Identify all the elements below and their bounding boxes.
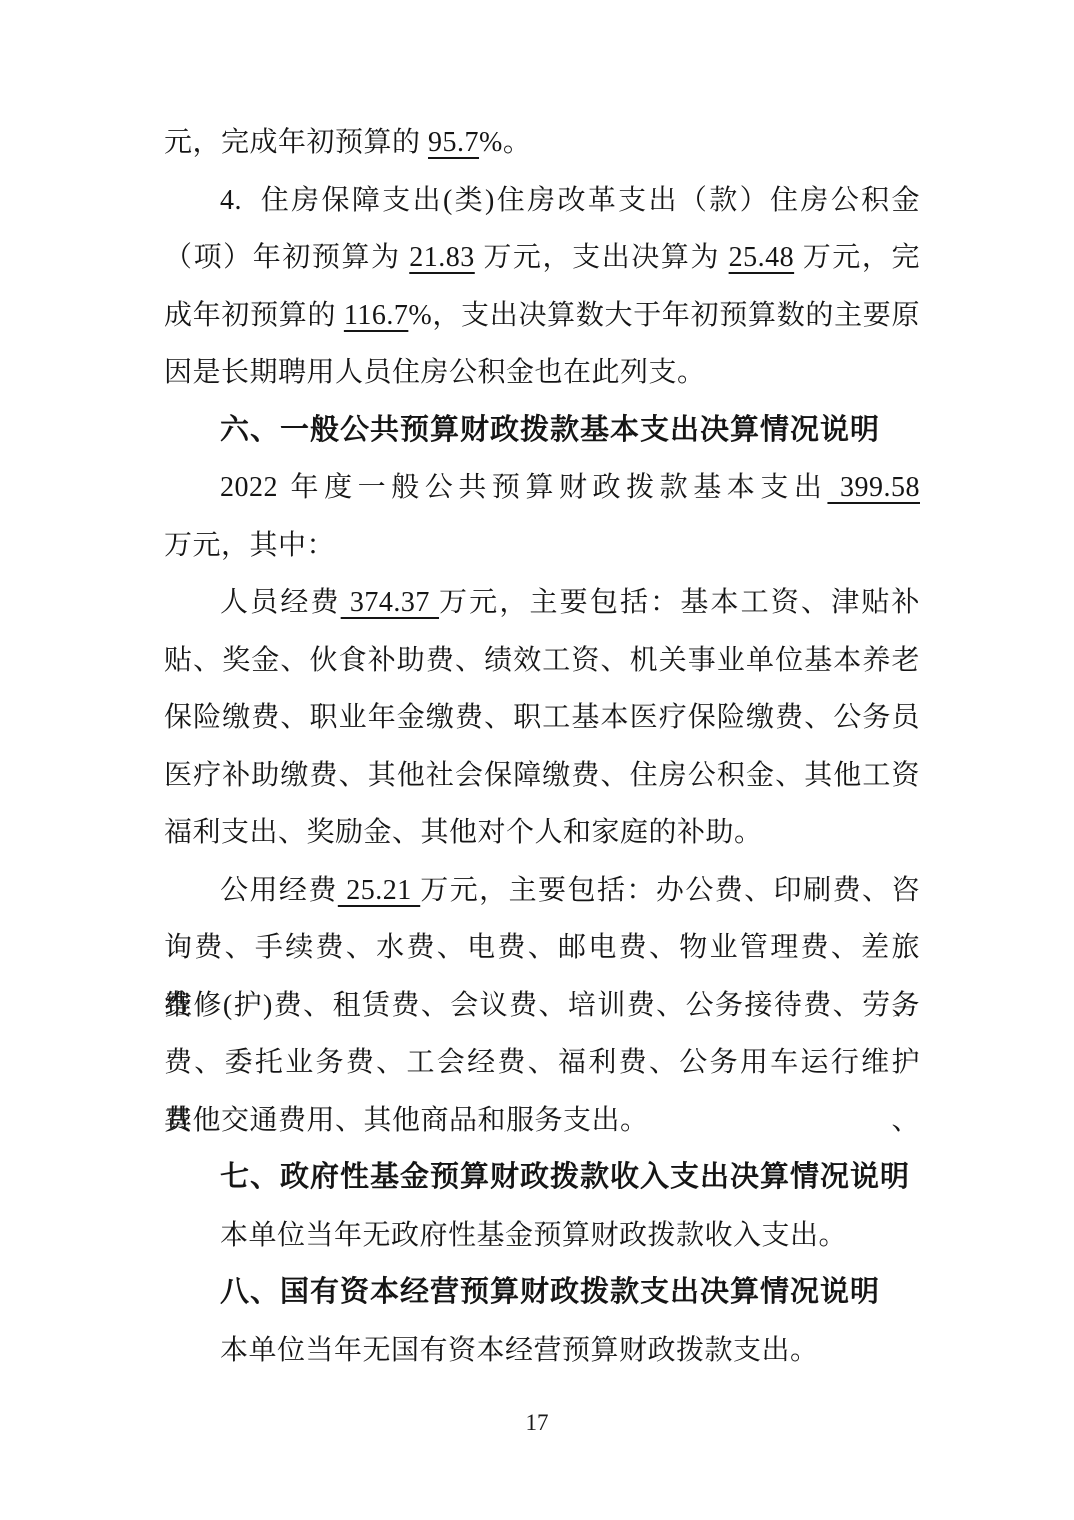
text-segment: 元，完成年初预算的 bbox=[164, 127, 428, 158]
text-line: 公用经费 25.21 万元，主要包括：办公费、印刷费、咨 bbox=[164, 862, 920, 920]
text-line: 元，完成年初预算的 95.7%。 bbox=[164, 114, 920, 172]
text-segment: 福利支出、奖励金、其他对个人和家庭的补助。 bbox=[164, 817, 763, 848]
text-line: 福利支出、奖励金、其他对个人和家庭的补助。 bbox=[164, 804, 920, 862]
text-segment: 保险缴费、职业年金缴费、职工基本医疗保险缴费、公务员 bbox=[164, 702, 920, 733]
text-segment: 万元，主要包括：基本工资、津贴补 bbox=[439, 587, 920, 618]
text-line: 人员经费 374.37 万元，主要包括：基本工资、津贴补 bbox=[164, 574, 920, 632]
underlined-value: 374.37 bbox=[341, 587, 439, 618]
text-line: 医疗补助缴费、其他社会保障缴费、住房公积金、其他工资 bbox=[164, 747, 920, 805]
underlined-value: 25.21 bbox=[338, 875, 420, 906]
section-heading: 七、政府性基金预算财政拨款收入支出决算情况说明 bbox=[164, 1149, 920, 1207]
text-line: 万元，其中： bbox=[164, 517, 920, 575]
page-number: 17 bbox=[0, 1408, 1074, 1438]
text-segment: 维修(护)费、租赁费、会议费、培训费、公务接待费、劳务 bbox=[164, 990, 920, 1021]
underlined-value: 21.83 bbox=[409, 242, 475, 273]
text-line: 维修(护)费、租赁费、会议费、培训费、公务接待费、劳务 bbox=[164, 977, 920, 1035]
text-segment: 万元，主要包括：办公费、印刷费、咨 bbox=[420, 875, 920, 906]
text-line: 保险缴费、职业年金缴费、职工基本医疗保险缴费、公务员 bbox=[164, 689, 920, 747]
text-line: 2022 年度一般公共预算财政拨款基本支出 399.58 bbox=[164, 459, 920, 517]
text-segment: 本单位当年无政府性基金预算财政拨款收入支出。 bbox=[220, 1220, 847, 1251]
text-line: 贴、奖金、伙食补助费、绩效工资、机关事业单位基本养老 bbox=[164, 632, 920, 690]
text-line: 费、委托业务费、工会经费、福利费、公务用车运行维护费、 bbox=[164, 1034, 920, 1092]
underlined-value: 95.7 bbox=[428, 127, 479, 158]
text-line: 本单位当年无国有资本经营预算财政拨款支出。 bbox=[164, 1322, 920, 1380]
section-heading: 八、国有资本经营预算财政拨款支出决算情况说明 bbox=[164, 1264, 920, 1322]
text-line: 询费、手续费、水费、电费、邮电费、物业管理费、差旅费、 bbox=[164, 919, 920, 977]
text-segment: %，支出决算数大于年初预算数的主要原 bbox=[408, 300, 920, 331]
text-segment: 医疗补助缴费、其他社会保障缴费、住房公积金、其他工资 bbox=[164, 760, 920, 791]
text-line: 4. 住房保障支出(类)住房改革支出（款）住房公积金 bbox=[164, 172, 920, 230]
text-segment: %。 bbox=[479, 127, 531, 158]
text-segment: 万元，其中： bbox=[164, 530, 335, 561]
text-segment: 八、国有资本经营预算财政拨款支出决算情况说明 bbox=[220, 1276, 880, 1308]
text-line: 因是长期聘用人员住房公积金也在此列支。 bbox=[164, 344, 920, 402]
text-segment: 六、一般公共预算财政拨款基本支出决算情况说明 bbox=[220, 414, 880, 446]
text-segment: 因是长期聘用人员住房公积金也在此列支。 bbox=[164, 357, 706, 388]
underlined-value: 25.48 bbox=[729, 242, 795, 273]
text-segment: 2022 年度一般公共预算财政拨款基本支出 bbox=[220, 472, 827, 503]
text-segment: 人员经费 bbox=[220, 587, 341, 618]
text-segment: 万元，支出决算为 bbox=[475, 242, 729, 273]
text-segment: 4. 住房保障支出(类)住房改革支出（款）住房公积金 bbox=[220, 185, 920, 216]
text-segment: 公用经费 bbox=[220, 875, 338, 906]
text-line: 本单位当年无政府性基金预算财政拨款收入支出。 bbox=[164, 1207, 920, 1265]
text-segment: 贴、奖金、伙食补助费、绩效工资、机关事业单位基本养老 bbox=[164, 645, 920, 676]
text-segment: （项）年初预算为 bbox=[164, 242, 409, 273]
section-heading: 六、一般公共预算财政拨款基本支出决算情况说明 bbox=[164, 402, 920, 460]
text-segment: 成年初预算的 bbox=[164, 300, 344, 331]
underlined-value: 116.7 bbox=[344, 300, 408, 331]
text-segment: 本单位当年无国有资本经营预算财政拨款支出。 bbox=[220, 1335, 819, 1366]
document-body: 元，完成年初预算的 95.7%。4. 住房保障支出(类)住房改革支出（款）住房公… bbox=[164, 114, 920, 1379]
text-line: （项）年初预算为 21.83 万元，支出决算为 25.48 万元，完 bbox=[164, 229, 920, 287]
underlined-value: 399.58 bbox=[827, 472, 920, 503]
text-segment: 其他交通费用、其他商品和服务支出。 bbox=[164, 1105, 649, 1136]
text-line: 成年初预算的 116.7%，支出决算数大于年初预算数的主要原 bbox=[164, 287, 920, 345]
text-segment: 万元，完 bbox=[794, 242, 920, 273]
text-segment: 七、政府性基金预算财政拨款收入支出决算情况说明 bbox=[220, 1161, 910, 1193]
